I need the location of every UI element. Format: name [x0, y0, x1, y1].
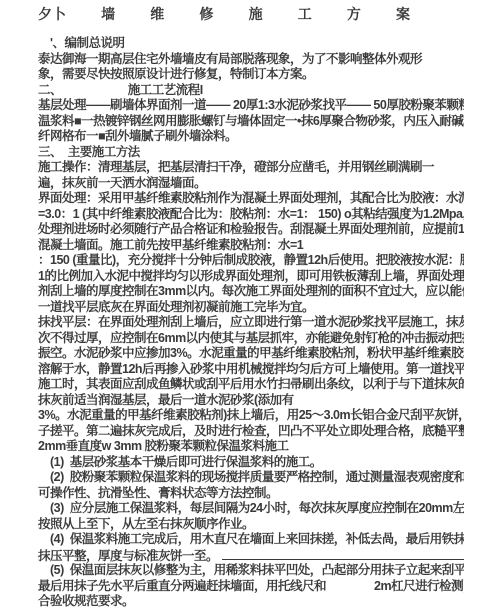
text-line-content: 界面处理：采用甲基纤维素胶粘剂作为混凝土界面处理剂，其配合比为胶液：水泥: [38, 191, 464, 207]
text-line: (1) 基层砂浆基本干燥后即可进行保温浆料的施工。: [38, 455, 464, 471]
document-body: '、编制总说明泰达御海一期高层住宅外墙墙皮有局部脱落现象，为了不影响整体外观形象…: [38, 36, 464, 610]
text-line-content: 遍，抹灰前一天洒水润湿墙面。: [38, 176, 206, 192]
text-line: 泰达御海一期高层住宅外墙墙皮有局部脱落现象，为了不影响整体外观形: [38, 52, 464, 68]
title-char: 修: [199, 6, 213, 22]
text-line-content: (3) 应分层施工保温浆料，每层间隔为24小时，每次抹灰厚度应控制在20mm左右…: [38, 501, 464, 517]
text-line: =3.0：1 (其中纤维素胶液配合比为：胶粘剂：水=1： 150) o其粘结强度…: [38, 207, 464, 223]
text-line: 施工时，其表面应刮成鱼鳞状或刮平后用水竹扫帚刷出条纹，以利于与下道抹灰的粘结。: [38, 377, 464, 393]
text-line: 纤网格布一■刮外墙腻子刷外墙涂料。: [38, 129, 464, 145]
text-line-content: 基层处理——刷墙体界面剂一道—— 20厚1:3水泥砂浆找平—— 50厚胶粉聚苯颗…: [38, 98, 464, 114]
text-line-content: 2mm垂直度w 3mm 胶粉聚苯颗粒保温浆料施工: [38, 439, 289, 455]
text-line-content: =3.0：1 (其中纤维素胶液配合比为：胶粘剂：水=1： 150) o其粘结强度…: [38, 207, 464, 223]
text-line: 一道找平层底灰在界面处理剂初凝前施工完毕为宜。: [38, 300, 464, 316]
text-line-content: 子搓平。第二遍抹灰完成后，及时进行检查，凹凸不平处立即处理合格，底糙平整度w: [38, 424, 464, 440]
text-line-content: (1) 基层砂浆基本干燥后即可进行保温浆料的施工。: [38, 455, 322, 471]
text-line-content: 二、 施工工艺流程I: [38, 83, 203, 99]
text-line-content: 纤网格布一■刮外墙腻子刷外墙涂料。: [38, 129, 237, 145]
document-title: 夕卜墙维修施工方案: [38, 6, 410, 22]
title-char: 案: [396, 6, 410, 22]
document-page: 夕卜墙维修施工方案 '、编制总说明泰达御海一期高层住宅外墙墙皮有局部脱落现象，为…: [0, 0, 500, 614]
text-line: 按照从上至下，从左至右抹灰顺序作业。: [38, 517, 464, 533]
text-line: 界面处理：采用甲基纤维素胶粘剂作为混凝土界面处理剂，其配合比为胶液：水泥: [38, 191, 464, 207]
title-char: 墙: [101, 6, 115, 22]
text-line-content: 次不得过厚，应控制在6mm以内使其与基层抓牢，亦能避免射钉枪的冲击振动把抹灰层: [38, 331, 464, 347]
text-line-content: 象，需要尽快按照原设计进行修复，特制订本方案。: [38, 67, 314, 83]
text-line: 溶解于水，静置12h后再掺入砂浆中用机械搅拌均匀后方可上墙使用。第一道找平层底灰: [38, 362, 464, 378]
text-line-content: 一道找平层底灰在界面处理剂初凝前施工完毕为宜。: [38, 300, 314, 316]
text-line: 抹灰前适当润湿基层，最后一道水泥砂浆(添加有: [38, 393, 464, 409]
text-line-content: 最后用抹子先水平后重直分两遍赶抹墙面，用托线尺和 2m杠尺进行检测，应基本符: [38, 579, 464, 595]
text-line-content: 抹找平层：在界面处理剂刮上墙后，应立即进行第一道水泥砂浆找平层施工，抹灰厚度一: [38, 315, 464, 331]
text-line-content: 施工操作：清理基层，把基层清扫干净，磴部分应凿毛，并用钢丝刷满刷一: [38, 160, 434, 176]
text-line: 象，需要尽快按照原设计进行修复，特制订本方案。: [38, 67, 464, 83]
text-line-content: 溶解于水，静置12h后再掺入砂浆中用机械搅拌均匀后方可上墙使用。第一道找平层底灰: [38, 362, 464, 378]
text-line-content: 泰达御海一期高层住宅外墙墙皮有局部脱落现象，为了不影响整体外观形: [38, 52, 422, 68]
text-line-content: 抹压平整，厚度与标准灰饼一至。: [38, 549, 218, 564]
text-line-content: (4) 保温浆料施工完成后，用木直尺在墙面上来回抹搓，补低去咼，最后用铁抹子: [38, 532, 464, 548]
text-line: '、编制总说明: [38, 36, 464, 52]
text-line: 可操作性、抗滑坠性、膏料状态等方法控制。: [38, 486, 464, 502]
text-line: 混凝土墙面。施工前先按甲基纤维素胶粘剂：水=1: [38, 238, 464, 254]
text-line: 次不得过厚，应控制在6mm以内使其与基层抓牢，亦能避免射钉枪的冲击振动把抹灰层: [38, 331, 464, 347]
text-line-content: 施工时，其表面应刮成鱼鳞状或刮平后用水竹扫帚刷出条纹，以利于与下道抹灰的粘结。: [38, 377, 464, 393]
text-line: 抹压平整，厚度与标准灰饼一至。: [38, 548, 464, 564]
text-line: 最后用抹子先水平后重直分两遍赶抹墙面，用托线尺和 2m杠尺进行检测，应基本符: [38, 579, 464, 595]
text-line: 施工操作：清理基层，把基层清扫干净，磴部分应凿毛，并用钢丝刷满刷一: [38, 160, 464, 176]
text-line-content: (2) 胶粉聚苯颗粒保温浆料的现场搅拌质量要严格控制，通过测量湿表观密度和观察其: [38, 470, 464, 486]
text-line-content: 按照从上至下，从左至右抹灰顺序作业。: [38, 517, 254, 533]
text-line-content: '、编制总说明: [38, 36, 124, 52]
text-line-content: 振空。水泥砂浆中应掺加3%。水泥重量的甲基纤维素胶粘剂，粉状甲基纤维素胶粘剂先: [38, 346, 464, 362]
text-line: (4) 保温浆料施工完成后，用木直尺在墙面上来回抹搓，补低去咼，最后用铁抹子: [38, 532, 464, 548]
text-line: (2) 胶粉聚苯颗粒保温浆料的现场搅拌质量要严格控制，通过测量湿表观密度和观察其: [38, 470, 464, 486]
title-char: 工: [298, 6, 312, 22]
text-line: 振空。水泥砂浆中应掺加3%。水泥重量的甲基纤维素胶粘剂，粉状甲基纤维素胶粘剂先: [38, 346, 464, 362]
text-line: ：150 (重量比)，充分搅拌十分钟后制成胶液，静置12h后使用。把胶液按水泥：…: [38, 253, 464, 269]
text-line: 基层处理——刷墙体界面剂一道—— 20厚1:3水泥砂浆找平—— 50厚胶粉聚苯颗…: [38, 98, 464, 114]
text-line-content: 可操作性、抗滑坠性、膏料状态等方法控制。: [38, 486, 278, 502]
title-char: 方: [347, 6, 361, 22]
text-line: 子搓平。第二遍抹灰完成后，及时进行检查，凹凸不平处立即处理合格，底糙平整度w: [38, 424, 464, 440]
text-line-content: 1的比例加入水泥中搅拌均匀以形成界面处理剂，即可用铁板薄刮上墙，界面处理: [38, 269, 464, 285]
title-char: 维: [150, 6, 164, 22]
text-line: 温浆料■一热镀锌钢丝网用膨胀螺钉与墙体固定一•抹6厚聚合物砂浆，内压入耐碱涂塑玻: [38, 114, 464, 130]
text-line-content: 合验收规范要求。: [38, 594, 134, 610]
text-line-content: 温浆料■一热镀锌钢丝网用膨胀螺钉与墙体固定一•抹6厚聚合物砂浆，内压入耐碱涂塑玻: [38, 114, 464, 130]
text-line-content: ：150 (重量比)，充分搅拌十分钟后制成胶液，静置12h后使用。把胶液按水泥：…: [38, 253, 464, 269]
text-line: (3) 应分层施工保温浆料，每层间隔为24小时，每次抹灰厚度应控制在20mm左右…: [38, 501, 464, 517]
text-line: 处理剂进场时必须随行产品合格证和检验报告。刮混凝土界面处理剂前，应提前12h湿润: [38, 222, 464, 238]
title-char: 夕卜: [38, 6, 66, 22]
blank-underline: [222, 548, 464, 560]
text-line-content: 混凝土墙面。施工前先按甲基纤维素胶粘剂：水=1: [38, 238, 303, 254]
text-line-content: 剂刮上墙的厚度控制在3mm以内。每次施工界面处理剂的面积不宜过大，应以能保证第: [38, 284, 464, 300]
text-line: 二、 施工工艺流程I: [38, 83, 464, 99]
text-line: 抹找平层：在界面处理剂刮上墙后，应立即进行第一道水泥砂浆找平层施工，抹灰厚度一: [38, 315, 464, 331]
text-line-content: 3%。水泥重量的甲基纤维素胶粘剂)抹上墙后，用25～3.0m长铝合金尺刮平灰饼，…: [38, 408, 464, 424]
title-char: 施: [249, 6, 263, 22]
text-line: 剂刮上墙的厚度控制在3mm以内。每次施工界面处理剂的面积不宜过大，应以能保证第: [38, 284, 464, 300]
text-line: 3%。水泥重量的甲基纤维素胶粘剂)抹上墙后，用25～3.0m长铝合金尺刮平灰饼，…: [38, 408, 464, 424]
text-line: (5) 保温面层抹灰以修整为主，用稀浆料抹平凹处，凸起部分用抹子立起来刮平，: [38, 563, 464, 579]
text-line: 遍，抹灰前一天洒水润湿墙面。: [38, 176, 464, 192]
text-line: 1的比例加入水泥中搅拌均匀以形成界面处理剂，即可用铁板薄刮上墙，界面处理: [38, 269, 464, 285]
text-line: 合验收规范要求。: [38, 594, 464, 610]
text-line: 2mm垂直度w 3mm 胶粉聚苯颗粒保温浆料施工: [38, 439, 464, 455]
text-line: 三、 主要施工方法: [38, 145, 464, 161]
text-line-content: 处理剂进场时必须随行产品合格证和检验报告。刮混凝土界面处理剂前，应提前12h湿润: [38, 222, 464, 238]
text-line-content: 三、 主要施工方法: [38, 145, 140, 161]
text-line-content: (5) 保温面层抹灰以修整为主，用稀浆料抹平凹处，凸起部分用抹子立起来刮平，: [38, 563, 464, 579]
text-line-content: 抹灰前适当润湿基层，最后一道水泥砂浆(添加有: [38, 393, 294, 409]
